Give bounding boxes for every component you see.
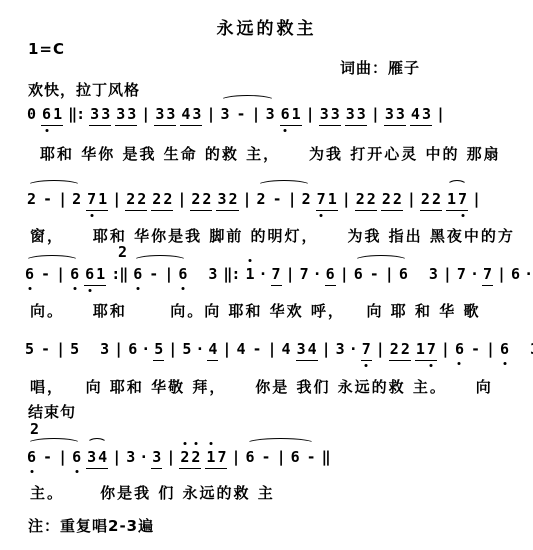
note: 7 — [271, 264, 282, 286]
note-beamed-pair: 43 — [180, 104, 202, 126]
note-beamed-pair: 61 — [280, 104, 302, 126]
note-digit: 2 — [381, 189, 392, 209]
dot-note: · — [313, 264, 322, 284]
note: 3 — [125, 447, 136, 467]
dash-extension: - — [370, 264, 379, 284]
note-digit: 2 — [125, 189, 136, 209]
note-digit: 2 — [420, 189, 431, 209]
note: 3 — [207, 264, 218, 284]
note-digit: 3 — [345, 104, 356, 124]
note: 4 — [235, 339, 246, 359]
dash-extension: - — [307, 447, 316, 467]
dash-extension: - — [262, 447, 271, 467]
note-digit: 3 — [428, 264, 439, 284]
note: 6 — [24, 264, 35, 284]
note-digit: 6 — [69, 264, 80, 284]
barline: | — [56, 264, 65, 284]
note-digit: 6 — [290, 447, 301, 467]
slur-tie-arc — [27, 438, 81, 449]
barline: | — [407, 189, 416, 209]
dot-note: · — [259, 264, 268, 284]
note-digit: 3 — [529, 339, 533, 359]
barline: | — [141, 104, 150, 124]
barline: | — [286, 264, 295, 284]
note-digit: 5 — [24, 339, 35, 359]
note: 6 — [71, 447, 82, 467]
barline: | — [342, 189, 351, 209]
music-line: 6-|661:‖6-|63‖:1·7|7·6|6-|63|7·7|6·5| — [22, 264, 531, 288]
note-digit: 2 — [190, 447, 201, 467]
note-digit: 2 — [431, 189, 442, 209]
note-digit: 7 — [216, 447, 227, 467]
note: 6 — [454, 339, 465, 359]
notation-row: 6-|634|3·3|2217|6-|6-‖ — [24, 447, 529, 471]
note-digit: 2 — [179, 447, 190, 467]
notation-row: 061‖:3333|3343|3-|361|3333|3343| — [24, 104, 529, 128]
note-beamed-pair: 22 — [355, 189, 377, 211]
music-line: 6-|634|3·3|2217|6-|6-‖ — [24, 447, 529, 471]
note: 6 — [353, 264, 364, 284]
lyrics-line: 耶和 华你 是我 生命 的救 主， 为我 打开心灵 中的 那扇 — [40, 143, 501, 164]
tempo-marking: 欢快，拉丁风格 — [28, 79, 140, 100]
repeat-end-sign: :‖ — [111, 264, 127, 284]
note-digit: 3 — [219, 104, 230, 124]
note: 3 — [99, 339, 110, 359]
barline: | — [385, 264, 394, 284]
note: 6 — [398, 264, 409, 284]
note-digit: 4 — [281, 339, 292, 359]
barline: | — [206, 104, 215, 124]
note-digit: 7 — [316, 189, 327, 209]
dot-note: · — [524, 264, 533, 284]
note-digit: 7 — [271, 264, 282, 284]
note-digit: 3 — [207, 264, 218, 284]
note-digit: 6 — [26, 447, 37, 467]
note-digit: 6 — [127, 339, 138, 359]
note-digit: 2 — [201, 189, 212, 209]
note: 5 — [24, 339, 35, 359]
note-digit: 2 — [389, 339, 400, 359]
note-digit: 1 — [244, 264, 255, 284]
note-digit: 2 — [151, 189, 162, 209]
note-digit: 1 — [415, 339, 426, 359]
note-beamed-pair: 22 — [389, 339, 411, 361]
note-beamed-pair: 33 — [345, 104, 367, 126]
barline: | — [288, 189, 297, 209]
note-digit: 1 — [291, 104, 302, 124]
note: 5 — [153, 339, 164, 361]
note-beamed-pair: 34 — [296, 339, 318, 361]
note-digit: 2 — [301, 189, 312, 209]
repeat-note: 注：重复唱2-3遍 — [28, 515, 154, 536]
barline: | — [443, 264, 452, 284]
barline: | — [222, 339, 231, 359]
note-beamed-pair: 71 — [316, 189, 338, 211]
note-digit: 7 — [457, 189, 468, 209]
note-beamed-pair: 33 — [384, 104, 406, 126]
music-line: 061‖:3333|3343|3-|361|3333|3343| — [24, 104, 529, 128]
note-digit: 3 — [126, 104, 137, 124]
note-digit: 5 — [153, 339, 164, 359]
note-beamed-pair: 61 — [41, 104, 63, 126]
note-digit: 1 — [327, 189, 338, 209]
repeat-start-sign: ‖: — [68, 104, 84, 124]
page-title: 永远的救主 — [0, 14, 533, 39]
key-signature: 1=C — [28, 40, 65, 58]
note: 7 — [482, 264, 493, 286]
note-digit: 3 — [216, 189, 227, 209]
note: 3 — [151, 447, 162, 469]
note-beamed-pair: 22 — [190, 189, 212, 211]
note-digit: 1 — [95, 264, 106, 284]
barline: | — [436, 104, 445, 124]
note: 4 — [281, 339, 292, 359]
barline: | — [112, 447, 121, 467]
dash-extension: - — [43, 447, 52, 467]
dash-extension: - — [43, 189, 52, 209]
note-beamed-pair: 17 — [446, 189, 468, 211]
volta-2-marker: 2 — [118, 243, 127, 261]
note: 1 — [244, 264, 255, 284]
note: 3 — [529, 339, 533, 359]
note-beamed-pair: 33 — [319, 104, 341, 126]
repeat-start-sign: ‖: — [223, 264, 239, 284]
ending-section-label: 结束句 — [28, 401, 76, 422]
barline: | — [322, 339, 331, 359]
note-digit: 6 — [245, 447, 256, 467]
note: 0 — [26, 104, 37, 124]
dot-note: · — [195, 339, 204, 359]
note-digit: 3 — [395, 104, 406, 124]
note-digit: 1 — [205, 447, 216, 467]
note-digit: 2 — [71, 189, 82, 209]
note-digit: 2 — [366, 189, 377, 209]
note-digit: 4 — [410, 104, 421, 124]
slur-tie-arc — [257, 180, 311, 191]
note-digit: 2 — [400, 339, 411, 359]
barline: | — [472, 189, 481, 209]
note: 6 — [325, 264, 336, 286]
note-beamed-pair: 34 — [86, 447, 108, 469]
note: 3 — [219, 104, 230, 124]
note-digit: 2 — [256, 189, 267, 209]
lyrics-line: 向。 耶和 向。向 耶和 华欢 呼， 向 耶 和 华 歌 — [30, 300, 480, 321]
lyrics-line: 唱， 向 耶和 华敬 拜， 你是 我们 永远的救 主。 向 — [30, 376, 493, 397]
note: 6 — [127, 339, 138, 359]
barline: | — [486, 339, 495, 359]
note-digit: 6 — [24, 264, 35, 284]
slur-tie-arc — [87, 438, 107, 449]
note-digit: 3 — [154, 104, 165, 124]
note-digit: 3 — [335, 339, 346, 359]
note-digit: 3 — [191, 104, 202, 124]
note-digit: 5 — [69, 339, 80, 359]
sheet-music-page: 永远的救主 1=C 词曲：雁子 欢快，拉丁风格 061‖:3333|3343|3… — [0, 0, 533, 550]
note-digit: 2 — [190, 189, 201, 209]
note-digit: 3 — [384, 104, 395, 124]
notation-row: 2-|271|2222|2232|2-|271|2222|2217| — [24, 189, 529, 213]
slur-tie-arc — [354, 255, 408, 266]
note-digit: 6 — [398, 264, 409, 284]
barline: | — [252, 104, 261, 124]
slur-tie-arc — [27, 180, 81, 191]
note: 4 — [207, 339, 218, 361]
barline: | — [58, 189, 67, 209]
note: 6 — [132, 264, 143, 284]
note-digit: 3 — [296, 339, 307, 359]
note-digit: 7 — [361, 339, 372, 359]
note-digit: 2 — [136, 189, 147, 209]
note-beamed-pair: 61 — [84, 264, 106, 286]
note-beamed-pair: 22 — [125, 189, 147, 211]
note-digit: 1 — [52, 104, 63, 124]
note: 6 — [26, 447, 37, 467]
note-digit: 6 — [280, 104, 291, 124]
barline: | — [168, 339, 177, 359]
dash-extension: - — [41, 339, 50, 359]
note-digit: 1 — [97, 189, 108, 209]
music-line: 2-|271|2222|2232|2-|271|2222|2217| — [24, 189, 529, 213]
note-digit: 3 — [421, 104, 432, 124]
barline: | — [112, 189, 121, 209]
note-digit: 3 — [125, 447, 136, 467]
note-digit: 4 — [235, 339, 246, 359]
note-digit: 7 — [426, 339, 437, 359]
note: 2 — [71, 189, 82, 209]
note-beamed-pair: 33 — [89, 104, 111, 126]
note-beamed-pair: 22 — [381, 189, 403, 211]
note: 3 — [335, 339, 346, 359]
barline: | — [277, 447, 286, 467]
barline: | — [243, 189, 252, 209]
barline: | — [114, 339, 123, 359]
note-digit: 3 — [151, 447, 162, 467]
note-beamed-pair: 17 — [415, 339, 437, 361]
final-barline: ‖ — [322, 447, 331, 467]
slur-tie-arc — [25, 255, 79, 266]
dot-note: · — [139, 447, 148, 467]
note-digit: 7 — [482, 264, 493, 284]
barline: | — [231, 447, 240, 467]
barline: | — [56, 339, 65, 359]
note: 2 — [301, 189, 312, 209]
note-digit: 5 — [181, 339, 192, 359]
note-digit: 4 — [207, 339, 218, 359]
note-digit: 6 — [71, 447, 82, 467]
note-digit: 6 — [353, 264, 364, 284]
note-beamed-pair: 22 — [151, 189, 173, 211]
note-digit: 6 — [454, 339, 465, 359]
slur-tie-arc — [246, 438, 315, 449]
note-digit: 6 — [84, 264, 95, 284]
note: 7 — [299, 264, 310, 284]
note: 6 — [245, 447, 256, 467]
note-digit: 3 — [356, 104, 367, 124]
note-digit: 7 — [456, 264, 467, 284]
note: 6 — [69, 264, 80, 284]
note-digit: 7 — [86, 189, 97, 209]
barline: | — [340, 264, 349, 284]
note-digit: 4 — [180, 104, 191, 124]
note-digit: 3 — [86, 447, 97, 467]
lyrics-line: 窗， 耶和 华你是我 脚前 的明灯， 为我 指出 黑夜中的方 — [30, 225, 515, 246]
note-digit: 3 — [165, 104, 176, 124]
note-digit: 3 — [89, 104, 100, 124]
note-digit: 1 — [446, 189, 457, 209]
note-digit: 3 — [115, 104, 126, 124]
slur-tie-arc — [133, 255, 187, 266]
note-digit: 2 — [26, 189, 37, 209]
composer-credit: 词曲：雁子 — [340, 57, 420, 78]
note: 7 — [456, 264, 467, 284]
note: 6 — [510, 264, 521, 284]
barline: | — [306, 104, 315, 124]
slur-tie-arc — [447, 180, 467, 191]
barline: | — [58, 447, 67, 467]
note-beamed-pair: 22 — [179, 447, 201, 469]
note-digit: 4 — [307, 339, 318, 359]
note-beamed-pair: 17 — [205, 447, 227, 469]
note: 6 — [177, 264, 188, 284]
note-digit: 2 — [162, 189, 173, 209]
dash-extension: - — [237, 104, 246, 124]
dot-note: · — [349, 339, 358, 359]
note-digit: 7 — [299, 264, 310, 284]
dash-extension: - — [471, 339, 480, 359]
dash-extension: - — [273, 189, 282, 209]
note-digit: 3 — [100, 104, 111, 124]
note-digit: 2 — [392, 189, 403, 209]
barline: | — [371, 104, 380, 124]
note-beamed-pair: 33 — [115, 104, 137, 126]
note: 5 — [69, 339, 80, 359]
note-digit: 4 — [97, 447, 108, 467]
note-beamed-pair: 32 — [216, 189, 238, 211]
note-beamed-pair: 43 — [410, 104, 432, 126]
note-digit: 2 — [355, 189, 366, 209]
barline: | — [441, 339, 450, 359]
barline: | — [497, 264, 506, 284]
note-digit: 3 — [319, 104, 330, 124]
note-digit: 6 — [325, 264, 336, 284]
dash-extension: - — [149, 264, 158, 284]
dash-extension: - — [252, 339, 261, 359]
note-digit: 3 — [99, 339, 110, 359]
notation-row: 5-|53|6·5|5·4|4-|434|3·7|2217|6-|63:‖ — [22, 339, 531, 363]
note: 7 — [361, 339, 372, 361]
music-line: 5-|53|6·5|5·4|4-|434|3·7|2217|6-|63:‖ — [22, 339, 531, 363]
barline: | — [166, 447, 175, 467]
slur-tie-arc — [220, 95, 275, 106]
note-digit: 6 — [41, 104, 52, 124]
note: 2 — [26, 189, 37, 209]
note-digit: 2 — [227, 189, 238, 209]
note-digit: 6 — [177, 264, 188, 284]
note-digit: 6 — [499, 339, 510, 359]
note-beamed-pair: 33 — [154, 104, 176, 126]
dash-extension: - — [41, 264, 50, 284]
note-digit: 3 — [330, 104, 341, 124]
note-beamed-pair: 22 — [420, 189, 442, 211]
note-digit: 3 — [265, 104, 276, 124]
barline: | — [177, 189, 186, 209]
volta-2-marker: 2 — [30, 420, 39, 438]
lyrics-line: 主。 你是我 们 永远的救 主 — [30, 482, 275, 503]
dot-note: · — [141, 339, 150, 359]
notation-row: 6-|661:‖6-|63‖:1·7|7·6|6-|63|7·7|6·5| — [22, 264, 531, 288]
barline: | — [164, 264, 173, 284]
note: 5 — [181, 339, 192, 359]
note: 6 — [290, 447, 301, 467]
note-beamed-pair: 71 — [86, 189, 108, 211]
note-digit: 6 — [132, 264, 143, 284]
barline: | — [376, 339, 385, 359]
dot-note: · — [470, 264, 479, 284]
note-digit: 6 — [510, 264, 521, 284]
note: 3 — [265, 104, 276, 124]
barline: | — [268, 339, 277, 359]
note: 6 — [499, 339, 510, 359]
note-digit: 0 — [26, 104, 37, 124]
note: 3 — [428, 264, 439, 284]
note: 2 — [256, 189, 267, 209]
